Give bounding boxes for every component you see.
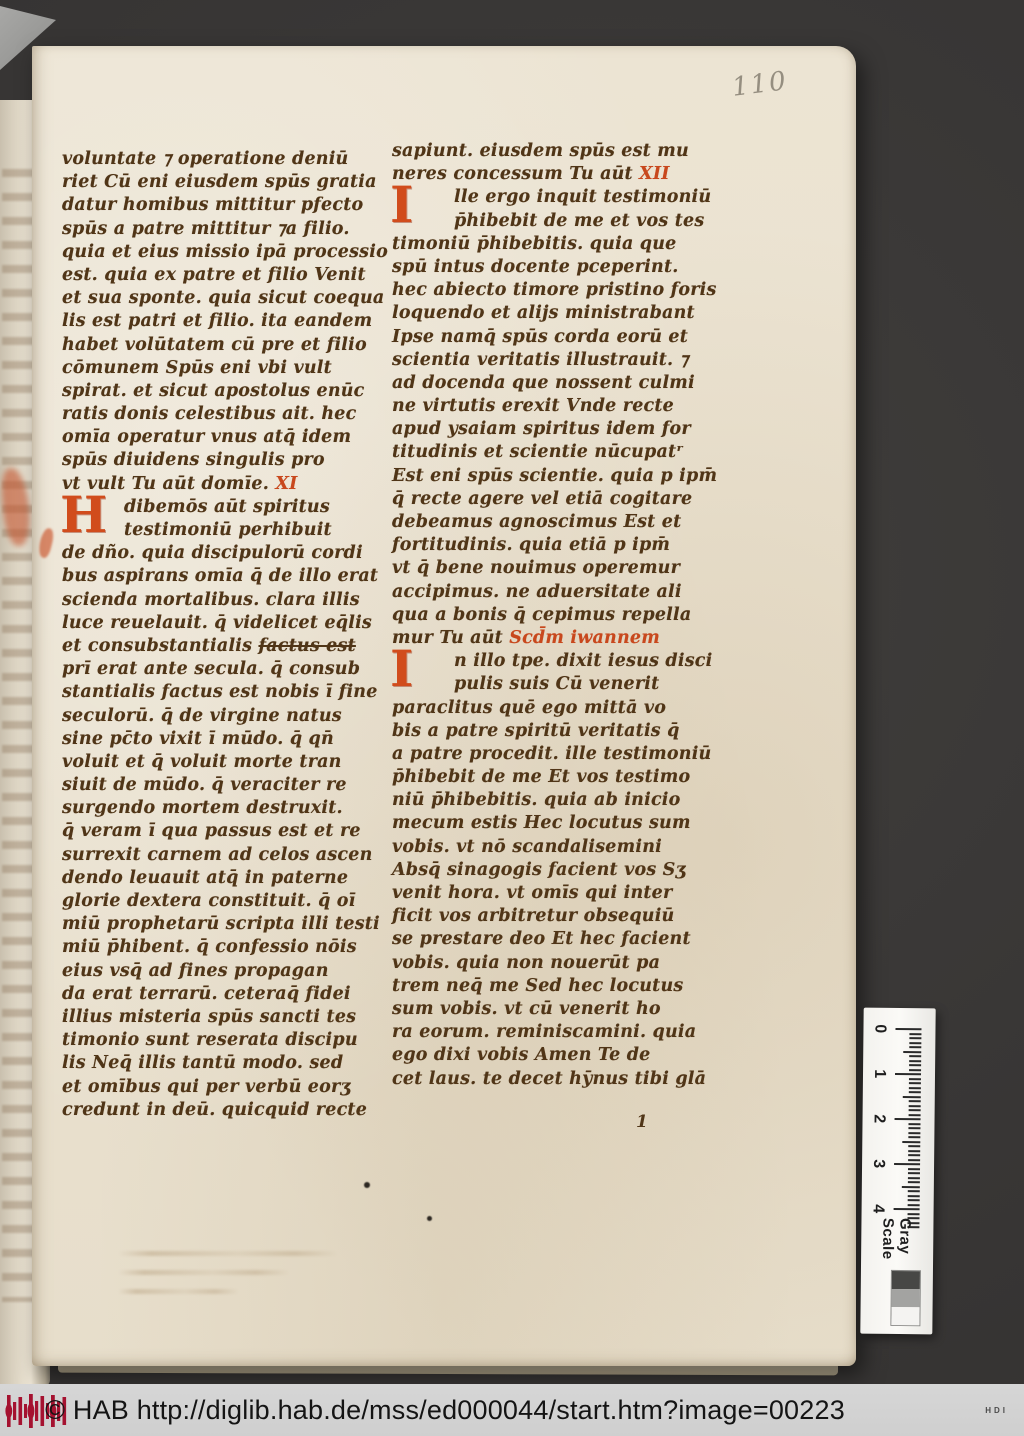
manuscript-line: scienda mortalibus. clara illis (62, 589, 396, 612)
manuscript-line: ne virtutis erexit Vnde recte (392, 395, 726, 418)
manuscript-line: lis Neq̄ illis tantū modo. sed (62, 1052, 396, 1075)
gray-patch-0 (892, 1271, 920, 1289)
ruler-tick (909, 1087, 921, 1089)
manuscript-line: vobis. vt nō scandalisemini (392, 836, 726, 859)
ruler-tick (894, 1208, 920, 1210)
ruler-tick (909, 1064, 921, 1066)
manuscript-line: timoniū p̄hibebitis. quia que (392, 233, 726, 256)
ruler-tick (909, 1046, 921, 1048)
ruler-number: 3 (868, 1154, 888, 1174)
manuscript-line: bus aspirans omīa q̄ de illo erat (62, 565, 396, 588)
manuscript-line: riet Cū eni eiusdem spūs gratia (62, 171, 396, 194)
ruler-tick (908, 1123, 920, 1125)
ruler-tick (909, 1114, 921, 1116)
manuscript-line: venit hora. vt omīs qui inter (392, 882, 726, 905)
ruler-tick (902, 1141, 920, 1143)
ruler-tick (909, 1078, 921, 1080)
manuscript-line: et omībus qui per verbū eorʒ (62, 1076, 396, 1099)
manuscript-line: prī erat ante secula. q̄ consub (62, 658, 396, 681)
manuscript-line: et consubstantialis factus est (62, 635, 396, 658)
ruler-tick (908, 1154, 920, 1156)
ruler-ticks: 01234 (864, 1008, 936, 1009)
manuscript-line: seculorū. q̄ de virgine natus (62, 705, 396, 728)
manuscript-line: vobis. quia non nouerūt pa (392, 952, 726, 975)
ruler-tick (909, 1055, 921, 1057)
ruler-tick (908, 1190, 920, 1192)
manuscript-line: paraclitus quē ego mittā vo (392, 697, 726, 720)
manuscript-line: spū intus docente pceperint. (392, 256, 726, 279)
manuscript-line: Ipse namq̄ spūs corda eorū et (392, 326, 726, 349)
text-column-2: sapiunt. eiusdem spūs est muneres conces… (392, 140, 726, 1091)
ruler-number: 2 (868, 1109, 888, 1129)
ruler-tick (903, 1096, 921, 1098)
ruler-tick (895, 1118, 921, 1120)
manuscript-line: q̄ veram ī qua passus est et re (62, 820, 396, 843)
manuscript-line: q̄ recte agere vel etiā cogitare (392, 488, 726, 511)
manuscript-line: sine pc̄to vixit ī mūdo. q̄ qn̄ (62, 728, 396, 751)
manuscript-line: cet laus. te decet hȳnus tibi glā (392, 1068, 726, 1091)
ruler-tick (909, 1105, 921, 1107)
ruler-tick (908, 1213, 920, 1215)
caption-bar: © HAB http://diglib.hab.de/mss/ed000044/… (0, 1384, 1024, 1436)
manuscript-line: debeamus agnoscimus Est et (392, 511, 726, 534)
gray-patch-1 (892, 1289, 920, 1307)
gray-scale-patches (890, 1270, 921, 1326)
ruler-tick (909, 1037, 921, 1039)
manuscript-line: illius misteria spūs sancti tes (62, 1006, 396, 1029)
text-column-1: voluntate ⁊ operatione deniūriet Cū eni … (62, 148, 396, 1122)
manuscript-line: eius vsq̄ ad fines propagan (62, 960, 396, 983)
ruler-tick (909, 1082, 921, 1084)
manuscript-line: omīa operatur vnus atq̄ idem (62, 426, 396, 449)
manuscript-line: trem neq̄ me Sed hec locutus (392, 975, 726, 998)
manuscript-line: da erat terrarū. ceteraq̄ fidei (62, 983, 396, 1006)
manuscript-line: se prestare deo Et hec facient (392, 928, 726, 951)
ruler-tick (908, 1159, 920, 1161)
margin-smudge (118, 1242, 338, 1314)
ruler-tick (909, 1033, 921, 1035)
ruler-tick (908, 1168, 920, 1170)
manuscript-line: spirat. et sicut apostolus enūc (62, 380, 396, 403)
ruler-tick (908, 1145, 920, 1147)
manuscript-line: quia et eius missio ipā processio (62, 241, 396, 264)
ruler-tick (909, 1042, 921, 1044)
manuscript-line: dendo leuauit atq̄ in paterne (62, 867, 396, 890)
ruler-number: 1 (869, 1064, 889, 1084)
manuscript-line: apud ysaiam spiritus idem for (392, 418, 726, 441)
manuscript-line: habet volūtatem cū pre et filio (62, 334, 396, 357)
manuscript-page: 110 voluntate ⁊ operatione deniūriet Cū … (32, 46, 856, 1366)
manuscript-line: miū prophetarū scripta illi testi (62, 913, 396, 936)
ruler-tick (908, 1204, 920, 1206)
ink-dot (427, 1216, 432, 1221)
manuscript-line: spūs diuidens singulis pro (62, 449, 396, 472)
manuscript-line: voluit et q̄ voluit morte tran (62, 751, 396, 774)
manuscript-line: bis a patre spiritū veritatis q̄ (392, 720, 726, 743)
ruler-tick (908, 1172, 920, 1174)
grayscale-ruler: 01234 Gray Scale (860, 1008, 935, 1335)
ruler-tick (895, 1028, 921, 1030)
ruler-tick (895, 1073, 921, 1075)
manuscript-line: fortitudinis. quia etiā p ipm̄ (392, 534, 726, 557)
ruler-tick (909, 1069, 921, 1071)
caption-text: © HAB http://diglib.hab.de/mss/ed000044/… (0, 1384, 890, 1436)
manuscript-line: ratis donis celestibus ait. hec (62, 403, 396, 426)
ruler-number: 0 (869, 1019, 889, 1039)
ruler-tick (909, 1100, 921, 1102)
ruler-tick (894, 1163, 920, 1165)
ruler-tick (908, 1199, 920, 1201)
ruler-tick (908, 1177, 920, 1179)
manuscript-line: hec abiecto timore pristino foris (392, 279, 726, 302)
chapter-initial: H (60, 492, 118, 540)
ruler-tick (909, 1091, 921, 1093)
manuscript-line: lis est patri et filio. ita eandem (62, 310, 396, 333)
chapter-initial: I (390, 646, 448, 694)
ruler-tick (908, 1136, 920, 1138)
ruler-tick (903, 1051, 921, 1053)
manuscript-line: datur homibus mittitur pfecto (62, 194, 396, 217)
manuscript-line: voluntate ⁊ operatione deniū (62, 148, 396, 171)
caption-corner-text: HDI (985, 1406, 1008, 1415)
ruler-tick (909, 1109, 921, 1111)
manuscript-line: scientia veritatis illustrauit. ⁊ (392, 349, 726, 372)
ruler-tick (908, 1195, 920, 1197)
manuscript-line: miū p̄hibent. q̄ confessio nōis (62, 936, 396, 959)
manuscript-line: mecum estis Hec locutus sum (392, 812, 726, 835)
manuscript-line: timonio sunt reserata discipu (62, 1029, 396, 1052)
ruler-tick (908, 1132, 920, 1134)
manuscript-line: et sua sponte. quia sicut coequa (62, 287, 396, 310)
manuscript-line: qua a bonis q̄ cepimus repella (392, 604, 726, 627)
manuscript-line: Est eni spūs scientie. quia p ipm̄ (392, 465, 726, 488)
manuscript-line: ficit vos arbitretur obsequiū (392, 905, 726, 928)
manuscript-line: de dño. quia discipulorū cordi (62, 542, 396, 565)
manuscript-line: niū p̄hibebitis. quia ab inicio (392, 789, 726, 812)
manuscript-line: sum vobis. vt cū venerit ho (392, 998, 726, 1021)
margin-rubric-mark (37, 527, 56, 559)
manuscript-line: spūs a patre mittitur ⁊a filio. (62, 218, 396, 241)
gray-patch-2 (891, 1307, 919, 1325)
manuscript-line: credunt in deū. quicquid recte (62, 1099, 396, 1122)
manuscript-line: luce reuelauit. q̄ videlicet eq̄lis (62, 612, 396, 635)
manuscript-line: surgendo mortem destruxit. (62, 797, 396, 820)
manuscript-line: stantialis factus est nobis ī fine (62, 681, 396, 704)
folio-number: 110 (730, 63, 813, 103)
ruler-tick (908, 1181, 920, 1183)
manuscript-line: siuit de mūdo. q̄ veraciter re (62, 774, 396, 797)
manuscript-line: est. quia ex patre et filio Venit (62, 264, 396, 287)
ruler-tick (908, 1127, 920, 1129)
manuscript-line: sapiunt. eiusdem spūs est mu (392, 140, 726, 163)
manuscript-line: cōmunem Spūs eni vbi vult (62, 357, 396, 380)
manuscript-line: glorie dextera constituit. q̄ oī (62, 890, 396, 913)
manuscript-line: Absq̄ sinagogis facient vos Sʒ (392, 859, 726, 882)
manuscript-line: ad docenda que nossent culmi (392, 372, 726, 395)
manuscript-line: ra eorum. reminiscamini. quia (392, 1021, 726, 1044)
chapter-initial: I (390, 182, 448, 230)
manuscript-line: surrexit carnem ad celos ascen (62, 844, 396, 867)
manuscript-line: p̄hibebit de me Et vos testimo (392, 766, 726, 789)
manuscript-line: ego dixi vobis Amen Te de (392, 1044, 726, 1067)
quire-mark: 1 (636, 1112, 648, 1132)
manuscript-line: a patre procedit. ille testimoniū (392, 743, 726, 766)
manuscript-line: titudinis et scientie nūcupatʳ (392, 441, 726, 464)
ruler-tick (902, 1186, 920, 1188)
ruler-number: 4 (867, 1199, 887, 1219)
ruler-tick (908, 1150, 920, 1152)
manuscript-line: accipimus. ne aduersitate ali (392, 581, 726, 604)
manuscript-line: loquendo et alijs ministrabant (392, 302, 726, 325)
ruler-tick (909, 1060, 921, 1062)
manuscript-line: vt q̄ bene nouimus operemur (392, 557, 726, 580)
ink-dot (364, 1182, 370, 1188)
